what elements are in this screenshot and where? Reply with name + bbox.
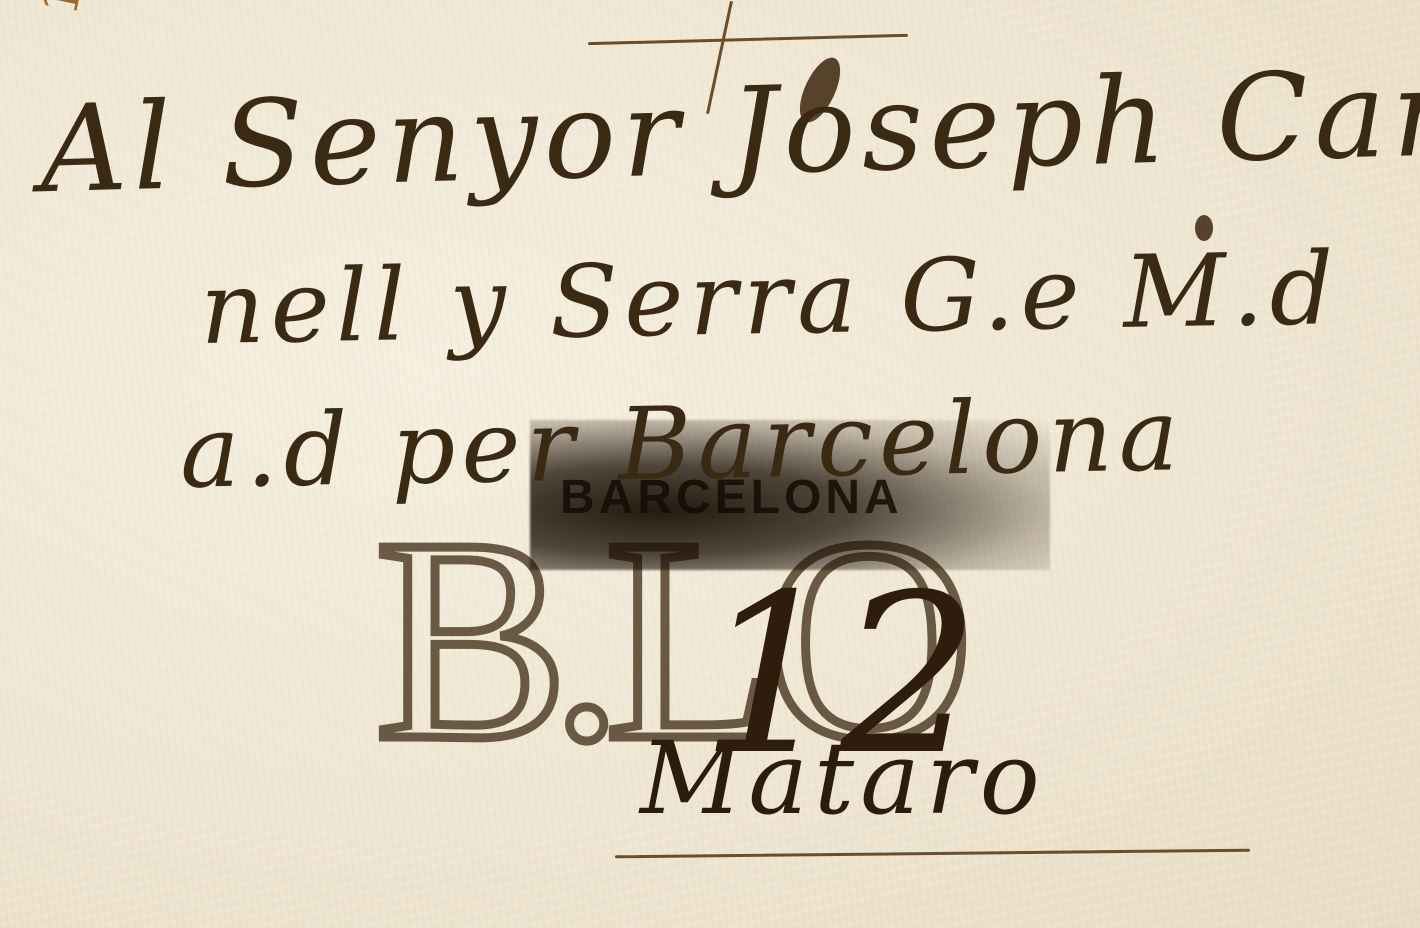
margin-annotation: 17	[30, 0, 100, 20]
ink-blot	[1195, 215, 1213, 241]
top-rule-line	[588, 34, 908, 45]
address-line-1: Al Senyor Joseph Carbo-	[38, 39, 1420, 220]
address-line-2: nell y Serra G.e M.d	[199, 230, 1340, 367]
address-line-3: a.d per Barcelona	[179, 376, 1185, 511]
letter-cover: 17 Al Senyor Joseph Carbo- nell y Serra …	[0, 0, 1420, 928]
destination-town: Mataro	[640, 720, 1046, 837]
bottom-rule-line	[615, 849, 1250, 859]
